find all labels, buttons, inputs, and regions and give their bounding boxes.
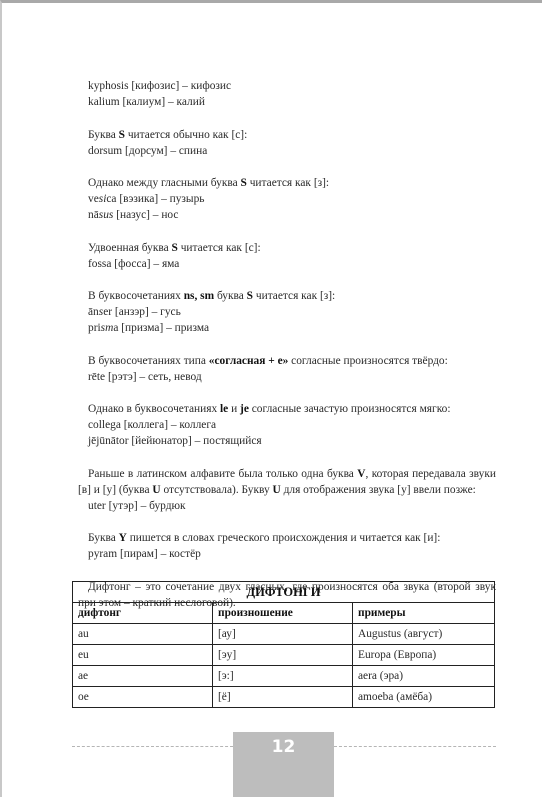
rule-s-default: Буква S читается обычно как [с]:: [88, 127, 496, 143]
meaning: постящийся: [203, 435, 261, 447]
word-part-highlight: sm: [101, 322, 114, 334]
word-part: pri: [88, 322, 101, 334]
cell-pronunciation: [ау]: [213, 624, 353, 645]
rule-text: Однако в буквосочетаниях: [88, 403, 220, 415]
word-part: nā: [88, 209, 99, 221]
cell-diphthong: au: [73, 624, 213, 645]
rule-letter: U: [273, 484, 281, 496]
meaning: яма: [162, 258, 179, 270]
example-prisma: prisma [призма] – призма: [88, 320, 496, 336]
rule-soft-consonants: Однако в буквосочетаниях le и je согласн…: [88, 401, 496, 417]
rule-letter: Y: [119, 532, 127, 544]
rule-text: читается как [з]:: [253, 290, 335, 302]
dash: –: [168, 419, 179, 431]
rule-text: В буквосочетаниях: [88, 290, 184, 302]
cell-pronunciation: [эу]: [213, 645, 353, 666]
rule-y: Буква Y пишется в словах греческого прои…: [88, 530, 496, 546]
column-header-diphthong: дифтонг: [73, 603, 213, 624]
word-part: er: [103, 306, 112, 318]
meaning: кифозис: [191, 80, 231, 92]
page-body: kyphosis [кифозис] – кифозис kalium [кал…: [88, 78, 496, 611]
rule-letter: U: [152, 484, 160, 496]
example-pyram: pyram [пирам] – костёр: [88, 546, 496, 562]
example-collega: collega [коллега] – коллега: [88, 417, 496, 433]
pronunciation: [утэр]: [109, 500, 138, 512]
table-row: au [ау] Augustus (август): [73, 624, 495, 645]
latin-word: vesica: [88, 193, 117, 205]
latin-word: prisma: [88, 322, 118, 334]
example-rete: rēte [рэтэ] – сеть, невод: [88, 369, 496, 385]
cell-diphthong: oe: [73, 687, 213, 708]
example-kyphosis: kyphosis [кифозис] – кифозис: [88, 78, 496, 94]
latin-word: pyram: [88, 548, 117, 560]
dash: –: [149, 306, 160, 318]
pronunciation: [назус]: [116, 209, 150, 221]
example-nasus: nāsus [назус] – нос: [88, 207, 496, 223]
pronunciation: [рэтэ]: [108, 371, 137, 383]
rule-text: отсутствовала). Букву: [161, 484, 273, 496]
rule-text: читается как [с]:: [178, 242, 261, 254]
latin-word: jējūnātor: [88, 435, 129, 447]
dash: –: [158, 193, 169, 205]
meaning: калий: [177, 96, 205, 108]
meaning: коллега: [179, 419, 216, 431]
pronunciation: [пирам]: [120, 548, 158, 560]
example-uter: uter [утэр] – бурдюк: [88, 498, 496, 514]
cell-diphthong: eu: [73, 645, 213, 666]
rule-text: читается обычно как [с]:: [125, 129, 247, 141]
pronunciation: [призма]: [121, 322, 163, 334]
latin-word: nāsus: [88, 209, 113, 221]
latin-word: ānser: [88, 306, 112, 318]
dash: –: [150, 209, 161, 221]
rule-text: Буква: [88, 129, 119, 141]
dash: –: [165, 96, 176, 108]
rule-text: для отображения звука [у] ввели позже:: [281, 484, 476, 496]
cell-pronunciation: [э:]: [213, 666, 353, 687]
rule-combo: ns, sm: [184, 290, 214, 302]
dash: –: [138, 500, 149, 512]
rule-combo: je: [240, 403, 249, 415]
word-part: ve: [88, 193, 99, 205]
page-number: 12: [233, 732, 334, 797]
meaning: нос: [161, 209, 178, 221]
cell-pronunciation: [ё]: [213, 687, 353, 708]
pronunciation: [калиум]: [123, 96, 166, 108]
rule-text: согласные произносятся твёрдо:: [288, 355, 447, 367]
cell-diphthong: ae: [73, 666, 213, 687]
meaning: призма: [175, 322, 209, 334]
example-anser: ānser [анзэр] – гусь: [88, 304, 496, 320]
latin-word: rēte: [88, 371, 105, 383]
meaning: гусь: [160, 306, 181, 318]
rule-s-double: Удвоенная буква S читается как [с]:: [88, 240, 496, 256]
meaning: костёр: [169, 548, 201, 560]
rule-v-u-paragraph: Раньше в латинском алфавите была только …: [78, 466, 496, 498]
dash: –: [151, 258, 162, 270]
table-row: eu [эу] Europa (Европа): [73, 645, 495, 666]
latin-word: kalium: [88, 96, 120, 108]
rule-ns-sm: В буквосочетаниях ns, sm буква S читаетс…: [88, 288, 496, 304]
diphthongs-table: ДИФТОНГИ дифтонг произношение примеры au…: [72, 581, 494, 708]
rule-text: Однако между гласными буква: [88, 177, 241, 189]
meaning: спина: [179, 145, 207, 157]
table-title: ДИФТОНГИ: [73, 582, 495, 603]
meaning: сеть, невод: [148, 371, 202, 383]
latin-word: dorsum: [88, 145, 122, 157]
latin-word: uter: [88, 500, 106, 512]
pronunciation: [коллега]: [124, 419, 168, 431]
column-header-pronunciation: произношение: [213, 603, 353, 624]
cell-example: aera (эра): [353, 666, 495, 687]
rule-text: и: [228, 403, 240, 415]
latin-word: kyphosis: [88, 80, 129, 92]
table-row: oe [ё] amoeba (амёба): [73, 687, 495, 708]
dash: –: [192, 435, 203, 447]
pronunciation: [анзэр]: [115, 306, 149, 318]
dash: –: [163, 322, 174, 334]
meaning: бурдюк: [149, 500, 185, 512]
word-part: ca: [106, 193, 116, 205]
table-row: ae [э:] aera (эра): [73, 666, 495, 687]
dash: –: [158, 548, 169, 560]
column-header-examples: примеры: [353, 603, 495, 624]
latin-word: collega: [88, 419, 121, 431]
pronunciation: [кифозис]: [131, 80, 179, 92]
dash: –: [167, 145, 178, 157]
rule-text: буква: [214, 290, 247, 302]
rule-text: пишется в словах греческого происхождени…: [127, 532, 441, 544]
footer-divider-right: [334, 746, 496, 747]
pronunciation: [вэзика]: [119, 193, 158, 205]
rule-text: В буквосочетаниях типа: [88, 355, 209, 367]
rule-text: согласные зачастую произносятся мягко:: [249, 403, 451, 415]
rule-text: Раньше в латинском алфавите была только …: [88, 468, 357, 480]
word-part: ān: [88, 306, 99, 318]
word-part: a: [113, 322, 118, 334]
example-dorsum: dorsum [дорсум] – спина: [88, 143, 496, 159]
pronunciation: [дорсум]: [125, 145, 167, 157]
cell-example: Europa (Европа): [353, 645, 495, 666]
dash: –: [137, 371, 148, 383]
example-vesica: vesica [вэзика] – пузырь: [88, 191, 496, 207]
example-kalium: kalium [калиум] – калий: [88, 94, 496, 110]
example-fossa: fossa [фосса] – яма: [88, 256, 496, 272]
dash: –: [179, 80, 190, 92]
word-part-highlight: sus: [99, 209, 114, 221]
rule-hard-consonants: В буквосочетаниях типа «согласная + е» с…: [88, 353, 496, 369]
cell-example: Augustus (август): [353, 624, 495, 645]
rule-text: читается как [з]:: [247, 177, 329, 189]
footer-divider-left: [72, 746, 233, 747]
meaning: пузырь: [170, 193, 205, 205]
rule-s-intervocalic: Однако между гласными буква S читается к…: [88, 175, 496, 191]
cell-example: amoeba (амёба): [353, 687, 495, 708]
pronunciation: [йейюнатор]: [131, 435, 191, 447]
rule-text: Удвоенная буква: [88, 242, 172, 254]
pronunciation: [фосса]: [114, 258, 150, 270]
rule-text: Буква: [88, 532, 119, 544]
rule-combo: le: [220, 403, 228, 415]
latin-word: fossa: [88, 258, 111, 270]
rule-combo: «согласная + е»: [209, 355, 289, 367]
example-jejunator: jējūnātor [йейюнатор] – постящийся: [88, 433, 496, 449]
